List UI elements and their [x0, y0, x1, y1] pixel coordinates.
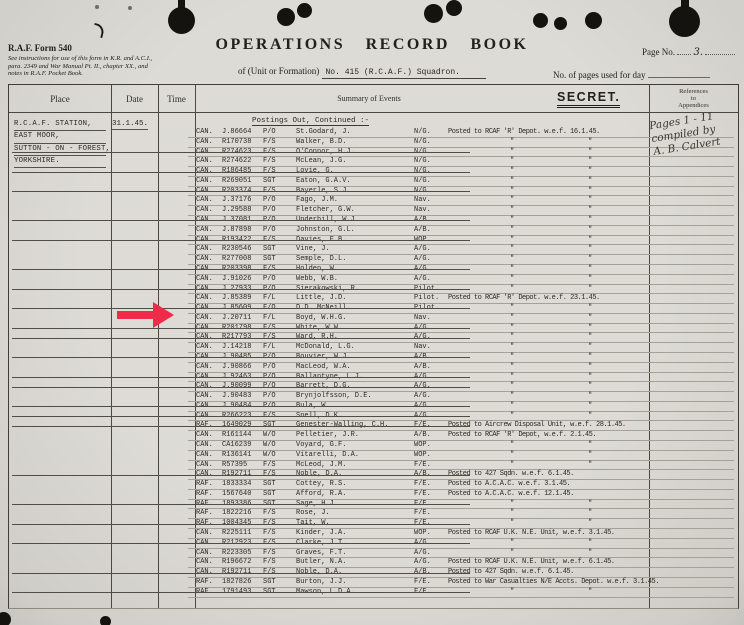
ditto-mark: " — [510, 392, 514, 402]
table-row: CAN.J.29588P/OFletcher, G.W.Nav."" — [8, 206, 737, 216]
table-row: CAN.R274622F/SMcLean, J.G.N/G."" — [8, 157, 737, 167]
name: Rose, J. — [296, 509, 330, 519]
ditto-mark: " — [588, 157, 592, 167]
service-number: J.14218 — [222, 343, 251, 353]
ditto-mark: " — [510, 314, 514, 324]
binder-dot — [585, 12, 602, 29]
rank: W/O — [263, 451, 276, 461]
service-number: R269051 — [222, 177, 251, 187]
ditto-mark: " — [510, 353, 514, 363]
ditto-mark: " — [588, 343, 592, 353]
trade: F/E. — [414, 480, 431, 490]
service-number: R57395 — [222, 461, 247, 471]
ditto-mark: " — [510, 333, 514, 343]
table-row: CAN.R269051SGTEaton, G.A.V.N/G."" — [8, 177, 737, 187]
service-number: J.29588 — [222, 206, 251, 216]
name: Fago, J.M. — [296, 196, 338, 206]
rank: F/L — [263, 343, 276, 353]
table-row: RAF.1791493SGTMawson, L.D.A.F/E."" — [8, 588, 737, 598]
table-row: CAN.R192711F/SNoble, D.A.A/B.Posted to 4… — [8, 568, 737, 578]
table-row: CAN.J.90485P/OBouvier, W.J.A/B."" — [8, 353, 737, 363]
ditto-mark: " — [510, 539, 514, 549]
service-prefix: CAN. — [196, 343, 213, 353]
service-number: R277008 — [222, 255, 251, 265]
trade: A/G. — [414, 392, 431, 402]
service-number: J.87898 — [222, 226, 251, 236]
name: Voyard, G.F. — [296, 441, 346, 451]
name: McLeod, J.M. — [296, 461, 346, 471]
service-number: CA16239 — [222, 441, 251, 451]
service-prefix: CAN. — [196, 177, 213, 187]
service-number: J.90866 — [222, 363, 251, 373]
rank: P/O — [263, 128, 276, 138]
ditto-mark: " — [588, 461, 592, 471]
table-row: CAN.R225111F/SKinder, J.A.WOP.Posted to … — [8, 529, 737, 539]
posting-text: Posted to 427 Sqdn. w.e.f. 6.1.45. — [448, 470, 644, 480]
ditto-mark: " — [510, 196, 514, 206]
service-number: J.20711 — [222, 314, 251, 324]
ditto-mark: " — [588, 216, 592, 226]
ditto-mark: " — [510, 216, 514, 226]
ditto-mark: " — [510, 255, 514, 265]
trade: A/B. — [414, 226, 431, 236]
ditto-mark: " — [588, 177, 592, 187]
rank: P/O — [263, 392, 276, 402]
table-row: CAN.CA16239W/OVoyard, G.F.WOP."" — [8, 441, 737, 451]
name: McLean, J.G. — [296, 157, 346, 167]
column-header-place: Place — [9, 85, 111, 112]
service-number: 1567640 — [222, 490, 251, 500]
rank: W/O — [263, 431, 276, 441]
name: Little, J.D. — [296, 294, 346, 304]
form-instructions: See instructions for use of this form in… — [8, 55, 226, 78]
strike-through-line — [12, 475, 470, 476]
binder-dot — [95, 5, 99, 9]
ditto-mark: " — [510, 343, 514, 353]
trade: WOP. — [414, 451, 431, 461]
service-prefix: CAN. — [196, 226, 213, 236]
page-number-leader — [677, 46, 691, 55]
ditto-mark: " — [588, 226, 592, 236]
service-prefix: CAN. — [196, 196, 213, 206]
red-arrow-tail — [117, 311, 154, 319]
ditto-mark: " — [510, 412, 514, 422]
rank: F/L — [263, 314, 276, 324]
table-row: CAN.R230546SGTVine, J.A/G."" — [8, 245, 737, 255]
rank: F/S — [263, 558, 276, 568]
ditto-mark: " — [588, 500, 592, 510]
service-prefix: CAN. — [196, 206, 213, 216]
table-row: CAN.J.92463P/OBallantyne, L.J.A/G."" — [8, 373, 737, 383]
trade: N/G. — [414, 138, 431, 148]
ditto-mark: " — [588, 333, 592, 343]
ditto-mark: " — [510, 245, 514, 255]
service-prefix: CAN. — [196, 157, 213, 167]
strike-through-line — [12, 377, 470, 378]
ditto-mark: " — [588, 275, 592, 285]
ditto-mark: " — [510, 148, 514, 158]
name: Boyd, W.H.G. — [296, 314, 346, 324]
strike-through-line — [12, 328, 470, 329]
ditto-mark: " — [510, 157, 514, 167]
binder-dot — [0, 612, 11, 625]
strike-through-line — [12, 592, 470, 593]
ditto-mark: " — [510, 588, 514, 598]
ditto-mark: " — [510, 441, 514, 451]
table-row: CAN.J.27933P/OSierakowski, R.Pilot."" — [8, 285, 737, 295]
ditto-mark: " — [588, 187, 592, 197]
pages-used-label: No. of pages used for day — [553, 70, 645, 80]
ditto-mark: " — [510, 363, 514, 373]
column-header-summary: Summary of Events — [239, 85, 499, 112]
trade: Nav. — [414, 343, 431, 353]
name: Butler, N.A. — [296, 558, 346, 568]
ditto-mark: " — [588, 392, 592, 402]
table-row: CAN.R57395F/SMcLeod, J.M.F/E."" — [8, 461, 737, 471]
trade: WOP. — [414, 529, 431, 539]
service-prefix: CAN. — [196, 314, 213, 324]
rank: P/O — [263, 275, 276, 285]
table-row: RAF.1893386SGTSage, H.J.F/E."" — [8, 500, 737, 510]
strike-through-line — [12, 406, 470, 407]
table-row: CAN.J.37081P/OUnderhill, W.J.A/B."" — [8, 216, 737, 226]
service-prefix: CAN. — [196, 529, 213, 539]
ditto-mark: " — [510, 382, 514, 392]
name: Webb, W.B. — [296, 275, 338, 285]
table-row: CAN.R186485F/SLovie, G.N/G."" — [8, 167, 737, 177]
table-row: CAN.R223305F/SGraves, F.T.A/G."" — [8, 549, 737, 559]
trade: Nav. — [414, 196, 431, 206]
header-divider — [9, 112, 738, 113]
ditto-mark: " — [510, 451, 514, 461]
table-row: RAF.1004345F/STait, W.F/E."" — [8, 519, 737, 529]
name: Afford, R.A. — [296, 490, 346, 500]
service-number: R223305 — [222, 549, 251, 559]
table-row: CAN.R203398F/SHolden, W.A/G."" — [8, 265, 737, 275]
service-prefix: CAN. — [196, 441, 213, 451]
unit-label: of (Unit or Formation) — [238, 66, 319, 76]
page-title: OPERATIONS RECORD BOOK — [0, 36, 744, 54]
service-number: R225111 — [222, 529, 251, 539]
table-row: CAN.J.37176P/OFago, J.M.Nav."" — [8, 196, 737, 206]
trade: N/G. — [414, 177, 431, 187]
binder-dot — [100, 616, 111, 625]
red-arrow-head — [153, 302, 174, 328]
rank: SGT — [263, 177, 276, 187]
service-number: J.90483 — [222, 392, 251, 402]
binder-dot — [533, 13, 548, 28]
table-row: CAN.J.90483P/OBrynjolfsson, D.E.A/G."" — [8, 392, 737, 402]
ditto-mark: " — [588, 539, 592, 549]
ditto-mark: " — [510, 206, 514, 216]
ditto-mark: " — [510, 177, 514, 187]
scanned-orb-page: R.A.F. Form 540 See instructions for use… — [0, 0, 744, 625]
table-row: CAN.J.14218F/LMcDonald, L.G.Nav."" — [8, 343, 737, 353]
table-row: CAN.J.90099P/OBarrett, D.G.A/G."" — [8, 382, 737, 392]
service-prefix: CAN. — [196, 128, 213, 138]
ditto-mark: " — [588, 402, 592, 412]
ditto-mark: " — [588, 324, 592, 334]
strike-through-line — [12, 240, 470, 241]
binder-dot — [554, 17, 567, 30]
service-number: 1833334 — [222, 480, 251, 490]
service-prefix: CAN. — [196, 461, 213, 471]
ditto-mark: " — [588, 255, 592, 265]
ditto-mark: " — [510, 187, 514, 197]
unit-line: of (Unit or Formation) No. 415 (R.C.A.F.… — [238, 66, 486, 77]
binder-dot — [446, 0, 462, 16]
service-prefix: CAN. — [196, 549, 213, 559]
binder-dot — [168, 7, 195, 34]
name: Graves, F.T. — [296, 549, 346, 559]
strike-through-line — [12, 308, 470, 309]
name: Cottey, R.S. — [296, 480, 346, 490]
unit-value: No. 415 (R.C.A.F.) Squadron. — [322, 68, 486, 79]
table-row: RAF.1567640SGTAfford, R.A.F/E.Posted to … — [8, 490, 737, 500]
column-header-date: Date — [111, 85, 158, 112]
strike-through-line — [12, 524, 470, 525]
posting-text: Posted to RCAF 'R' Depot. w.e.f. 16.1.45… — [448, 128, 644, 138]
rank: P/O — [263, 206, 276, 216]
ditto-mark: " — [510, 461, 514, 471]
posting-text: Posted to RCAF 'R' Depot, w.e.f. 2.1.45. — [448, 431, 644, 441]
pages-used-line: No. of pages used for day — [553, 69, 710, 80]
service-prefix: CAN. — [196, 255, 213, 265]
rank: F/S — [263, 461, 276, 471]
trade: F/E. — [414, 490, 431, 500]
table-row: CAN.R170738F/SWalker, B.D.N/G."" — [8, 138, 737, 148]
service-number: J.86664 — [222, 128, 251, 138]
trade: A/B. — [414, 363, 431, 373]
ditto-mark: " — [510, 285, 514, 295]
service-prefix: RAF. — [196, 578, 213, 588]
trade: F/E. — [414, 509, 431, 519]
service-number: R170738 — [222, 138, 251, 148]
strike-through-line — [12, 152, 470, 153]
ditto-mark: " — [510, 138, 514, 148]
ditto-mark: " — [510, 226, 514, 236]
service-number: R136141 — [222, 451, 251, 461]
trade: F/E. — [414, 578, 431, 588]
rank: P/O — [263, 363, 276, 373]
service-prefix: CAN. — [196, 431, 213, 441]
ditto-mark: " — [588, 519, 592, 529]
table-row: RAF.1833334SGTCottey, R.S.F/E.Posted to … — [8, 480, 737, 490]
table-row: CAN.R192711F/SNoble, D.A.A/B.Posted to 4… — [8, 470, 737, 480]
rank: F/S — [263, 138, 276, 148]
ditto-mark: " — [510, 304, 514, 314]
posting-text: Posted to RCAF U.K. N.E. Unit, w.e.f. 3.… — [448, 529, 644, 539]
strike-through-line — [12, 387, 470, 388]
ditto-mark: " — [588, 206, 592, 216]
strike-through-line — [12, 289, 470, 290]
service-prefix: CAN. — [196, 363, 213, 373]
ditto-mark: " — [510, 549, 514, 559]
service-number: J.85389 — [222, 294, 251, 304]
ditto-mark: " — [510, 500, 514, 510]
trade: F/E. — [414, 461, 431, 471]
name: Vitarelli, D.A. — [296, 451, 359, 461]
postings-rows: CAN.J.86664P/OSt.Godard, J.N/G.Posted to… — [8, 128, 737, 598]
ditto-mark: " — [510, 236, 514, 246]
name: Burton, J.J. — [296, 578, 346, 588]
ditto-mark: " — [588, 588, 592, 598]
ditto-mark: " — [588, 353, 592, 363]
service-prefix: CAN. — [196, 392, 213, 402]
ditto-mark: " — [510, 519, 514, 529]
ditto-mark: " — [588, 382, 592, 392]
service-number: 1822216 — [222, 509, 251, 519]
service-prefix: RAF. — [196, 490, 213, 500]
rank: F/S — [263, 529, 276, 539]
trade: N/G. — [414, 157, 431, 167]
service-prefix: CAN. — [196, 245, 213, 255]
table-row: CAN.R266223F/SSnell, D.K.A/G."" — [8, 412, 737, 422]
pages-used-blank — [648, 69, 710, 78]
service-number: R230546 — [222, 245, 251, 255]
service-prefix: RAF. — [196, 480, 213, 490]
service-prefix: RAF. — [196, 509, 213, 519]
rank: W/O — [263, 441, 276, 451]
binder-dot — [669, 6, 700, 37]
ditto-mark: " — [510, 509, 514, 519]
name: St.Godard, J. — [296, 128, 351, 138]
ditto-mark: " — [588, 373, 592, 383]
ditto-mark: " — [588, 314, 592, 324]
trade: Nav. — [414, 314, 431, 324]
strike-through-line — [12, 426, 470, 427]
strike-through-line — [12, 543, 470, 544]
page-number-value: 3. — [694, 47, 704, 58]
ditto-mark: " — [588, 412, 592, 422]
table-row: CAN.J.91026P/OWebb, W.B.A/G."" — [8, 275, 737, 285]
summary-heading: Postings Out, Continued :- — [252, 117, 369, 126]
service-number: R161144 — [222, 431, 251, 441]
ditto-mark: " — [588, 265, 592, 275]
trade: Nav. — [414, 206, 431, 216]
table-row: CAN.R161144W/OPelletier, J.R.A/B.Posted … — [8, 431, 737, 441]
name: Walker, B.D. — [296, 138, 346, 148]
rank: SGT — [263, 578, 276, 588]
strike-through-line — [12, 504, 470, 505]
ditto-mark: " — [588, 245, 592, 255]
service-prefix: CAN. — [196, 275, 213, 285]
table-row: RAF.1827826SGTBurton, J.J.F/E.Posted to … — [8, 578, 737, 588]
service-prefix: CAN. — [196, 138, 213, 148]
trade: Pilot. — [414, 294, 439, 304]
ditto-mark: " — [588, 304, 592, 314]
name: MacLeod, W.A. — [296, 363, 351, 373]
service-number: J.91026 — [222, 275, 251, 285]
ditto-mark: " — [510, 324, 514, 334]
table-row: CAN.J.90866P/OMacLeod, W.A.A/B."" — [8, 363, 737, 373]
name: Eaton, G.A.V. — [296, 177, 351, 187]
rank: SGT — [263, 480, 276, 490]
posting-text: Posted to War Casualties N/E Accts. Depo… — [448, 578, 644, 588]
rank: F/L — [263, 294, 276, 304]
posting-text: Posted to A.C.A.C. w.e.f. 3.1.45. — [448, 480, 644, 490]
name: McDonald, L.G. — [296, 343, 355, 353]
table-row: RAF.1649029SGTGenester-Walling, C.H.F/E.… — [8, 421, 737, 431]
ditto-mark: " — [588, 138, 592, 148]
page-number-leader — [705, 46, 735, 55]
strike-through-line — [12, 172, 470, 173]
table-row: CAN.R136141W/OVitarelli, D.A.WOP."" — [8, 451, 737, 461]
binder-dot — [424, 4, 443, 23]
rank: F/S — [263, 549, 276, 559]
table-row: CAN.R193422F/SDavies, F.B.WOP."" — [8, 236, 737, 246]
binder-dot — [277, 8, 295, 26]
page-number: Page No. 3. — [642, 46, 735, 58]
service-prefix: CAN. — [196, 558, 213, 568]
name: Semple, D.L. — [296, 255, 346, 265]
ditto-mark: " — [588, 549, 592, 559]
trade: A/G. — [414, 255, 431, 265]
rank: SGT — [263, 490, 276, 500]
service-prefix: CAN. — [196, 294, 213, 304]
strike-through-line — [12, 357, 470, 358]
strike-through-line — [12, 191, 470, 192]
ditto-mark: " — [588, 236, 592, 246]
service-number: R196672 — [222, 558, 251, 568]
table-row: CAN.R274623F/SO'Connor, H.J.N/G."" — [8, 148, 737, 158]
ditto-mark: " — [510, 275, 514, 285]
binder-dot — [128, 6, 132, 10]
ditto-mark: " — [588, 196, 592, 206]
strike-through-line — [12, 416, 470, 417]
table-row: CAN.R212923F/SClarke, J.T.A/G."" — [8, 539, 737, 549]
rank: SGT — [263, 255, 276, 265]
trade: N/G. — [414, 128, 431, 138]
ditto-mark: " — [510, 265, 514, 275]
posting-text: Posted to RCAF U.K. N.E. Unit, w.e.f. 6.… — [448, 558, 644, 568]
rank: P/O — [263, 226, 276, 236]
name: Fletcher, G.W. — [296, 206, 355, 216]
service-number: R274622 — [222, 157, 251, 167]
name: Vine, J. — [296, 245, 330, 255]
trade: A/G. — [414, 245, 431, 255]
red-arrow-annotation — [117, 302, 175, 328]
trade: A/B. — [414, 431, 431, 441]
binder-dot — [297, 3, 312, 18]
rank: F/S — [263, 157, 276, 167]
table-row: CAN.J.87898P/OJohnston, G.L.A/B."" — [8, 226, 737, 236]
ditto-mark: " — [510, 167, 514, 177]
strike-through-line — [12, 573, 470, 574]
ditto-mark: " — [588, 285, 592, 295]
service-number: 1827826 — [222, 578, 251, 588]
ditto-mark: " — [588, 167, 592, 177]
page-number-label: Page No. — [642, 47, 675, 57]
secret-stamp: SECRET. — [557, 90, 620, 108]
rank: SGT — [263, 245, 276, 255]
ditto-mark: " — [588, 451, 592, 461]
trade: WOP. — [414, 441, 431, 451]
ditto-mark: " — [588, 441, 592, 451]
posting-text: Posted to A.C.A.C. w.e.f. 12.1.45. — [448, 490, 644, 500]
name: Kinder, J.A. — [296, 529, 346, 539]
table-row: RAF.1822216F/SRose, J.F/E."" — [8, 509, 737, 519]
posting-text: Posted to RCAF 'R' Depot. w.e.f. 23.1.45… — [448, 294, 644, 304]
table-row: CAN.J.90484P/OBula, W.A/G."" — [8, 402, 737, 412]
trade: A/G. — [414, 549, 431, 559]
trade: A/G. — [414, 275, 431, 285]
ditto-mark: " — [588, 148, 592, 158]
column-header-time: Time — [158, 85, 195, 112]
service-prefix: CAN. — [196, 451, 213, 461]
rank: P/O — [263, 196, 276, 206]
name: Brynjolfsson, D.E. — [296, 392, 372, 402]
